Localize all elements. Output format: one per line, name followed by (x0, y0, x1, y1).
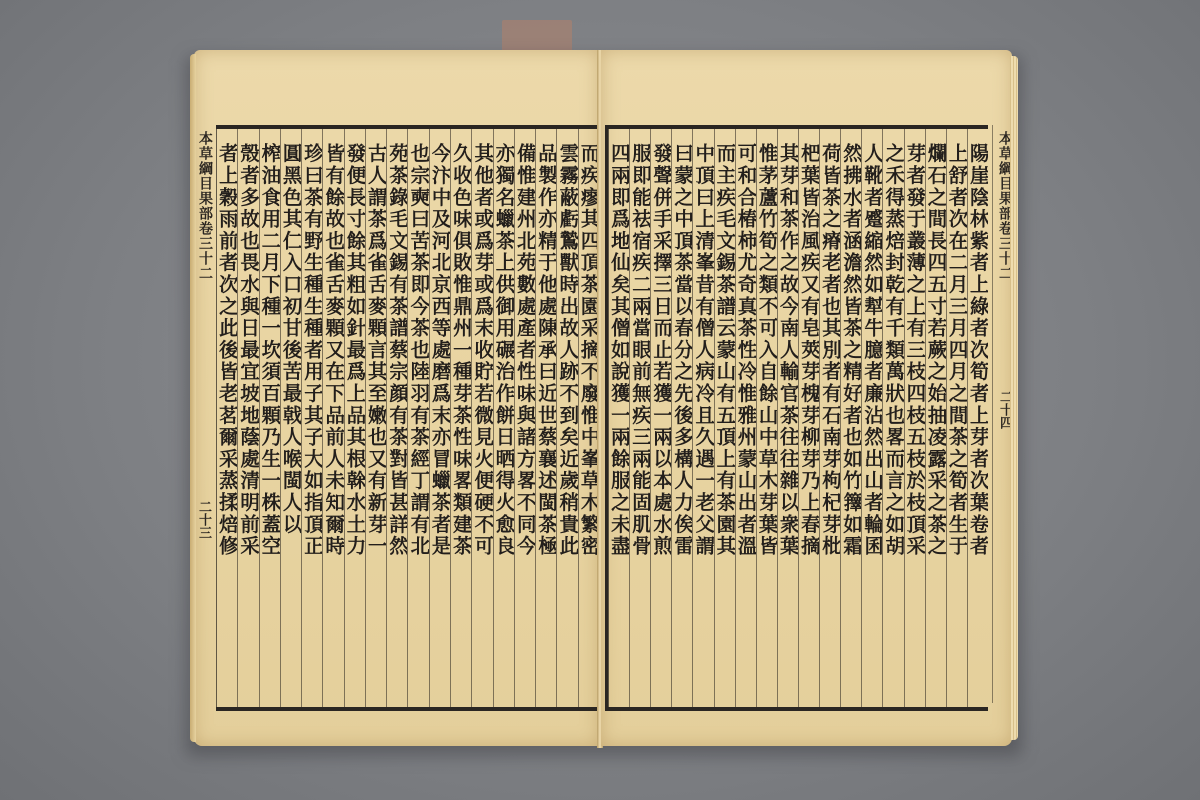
text-column: 圓黑色其仁入口初甘後苦最戟人喉閩人以 (280, 129, 301, 707)
text-column: 者上穀雨前者次之此後皆老茗爾采蒸揉焙修 (216, 129, 237, 707)
text-column: 荷皆茶之瘠老者也其別者有石南芽枸杞芽枇 (819, 129, 840, 707)
text-column: 珍曰茶有野生種生種者用子其子大如指頂正 (301, 129, 322, 707)
right-text-frame: 陽崖陰林紫者上綠者次筍者上芽者次葉卷者 上舒者次在二月三月四月之間茶之筍者生于 … (605, 125, 988, 711)
text-column: 苑茶錄毛文錫有茶譜蔡宗顔有茶對皆甚詳然 (386, 129, 407, 707)
text-column: 然拂水者涵澹然皆茶之精好者也如竹籜如霜 (840, 129, 861, 707)
text-column: 皆有餘故也雀舌麥顆又在下品前人未知爾時 (322, 129, 343, 707)
left-text-frame: 而疾瘳其四頂茶園采摘不廢惟中峯草木繁密 雲霧蔽虧鷙獸時出故人跡不到矣近歲稍貴此 … (216, 125, 599, 711)
text-column: 古人謂茶爲雀舌麥顆言其至嫩也又有新芽一 (365, 129, 386, 707)
text-column: 上舒者次在二月三月四月之間茶之筍者生于 (946, 129, 967, 707)
right-columns: 陽崖陰林紫者上綠者次筍者上芽者次葉卷者 上舒者次在二月三月四月之間茶之筍者生于 … (608, 129, 988, 707)
text-column: 雲霧蔽虧鷙獸時出故人跡不到矣近歲稍貴此 (556, 129, 577, 707)
text-column: 服即能祛宿疾二兩當眼前無疾三兩能固肌骨 (629, 129, 650, 707)
text-column: 發聲併手采擇三日而止若獲一兩以本處水煎 (650, 129, 671, 707)
text-column: 榨油食用二月下種一坎須百顆乃生一株蓋空 (259, 129, 280, 707)
text-column: 其他者或爲芽或爲末收貯若微見火便硬不可 (471, 129, 492, 707)
text-column: 其芽和茶作之故今南人輸官茶往往雜以衆葉 (777, 129, 798, 707)
left-columns: 而疾瘳其四頂茶園采摘不廢惟中峯草木繁密 雲霧蔽虧鷙獸時出故人跡不到矣近歲稍貴此 … (216, 129, 599, 707)
right-page: 陽崖陰林紫者上綠者次筍者上芽者次葉卷者 上舒者次在二月三月四月之間茶之筍者生于 … (601, 50, 1012, 746)
text-column: 而疾瘳其四頂茶園采摘不廢惟中峯草木繁密 (578, 129, 599, 707)
text-column: 發便長寸餘其粗如針最爲上品其根榦水土力 (344, 129, 365, 707)
text-column: 也宗奭曰苦茶即今茶也陸羽有茶經丁謂有北 (407, 129, 428, 707)
text-column: 爛石之間長四五寸若蕨之始抽凌露采之茶之 (925, 129, 946, 707)
left-margin-title: 本草綱目果部卷三十二 (192, 125, 212, 703)
text-column: 殼者多故也畏水與日最宜坡地蔭處清明前采 (237, 129, 258, 707)
text-column: 惟茅蘆竹筍之類不可入自餘山中草木芽葉皆 (756, 129, 777, 707)
text-column: 人靴者蹙縮然如犎牛臆者廉沾然出山者輪囷 (861, 129, 882, 707)
text-column: 而主疾毛文錫茶譜云蒙山有五頂上有茶園其 (714, 129, 735, 707)
text-column: 可和合椿柿尤奇真茶性冷惟雅州蒙山出者溫 (735, 129, 756, 707)
left-folio-number: 二十三 (194, 500, 213, 539)
text-column: 品製作亦精于他處陳承曰近世蔡襄述閩茶極 (535, 129, 556, 707)
text-column: 曰蒙之中頂茶當以春分之先後多構人力俟雷 (671, 129, 692, 707)
text-column: 久收色味俱敗惟鼎州一種芽茶性味畧類建茶 (450, 129, 471, 707)
text-column: 陽崖陰林紫者上綠者次筍者上芽者次葉卷者 (967, 129, 988, 707)
text-column: 四兩即爲地仙矣其僧如說獲一兩餘服之未盡 (608, 129, 629, 707)
left-page: 本草綱目果部卷三十二 二十三 而疾瘳其四頂茶園采摘不廢惟中峯草木繁密 雲霧蔽虧鷙… (194, 50, 599, 746)
text-column: 杷葉皆治風疾又有皂莢芽槐芽柳芽乃上春摘 (798, 129, 819, 707)
text-column: 之禾得蒸焙封乾有千類萬狀也畧而言之如胡 (882, 129, 903, 707)
text-column: 備惟建州北苑數處產者性味與諸方畧不同今 (514, 129, 535, 707)
text-column: 芽者發于叢薄之上有三枝四枝五枝於枝頂采 (904, 129, 925, 707)
text-column: 中頂曰上清峯昔有僧人病冷且久遇一老父謂 (692, 129, 713, 707)
text-column: 今汴中及河北京西等處磨爲末亦冒蠟茶者是 (429, 129, 450, 707)
right-folio-number: 二十四 (995, 390, 1014, 429)
text-column: 亦獨名蠟茶上供御用碾治作餅日晒得火愈良 (493, 129, 514, 707)
